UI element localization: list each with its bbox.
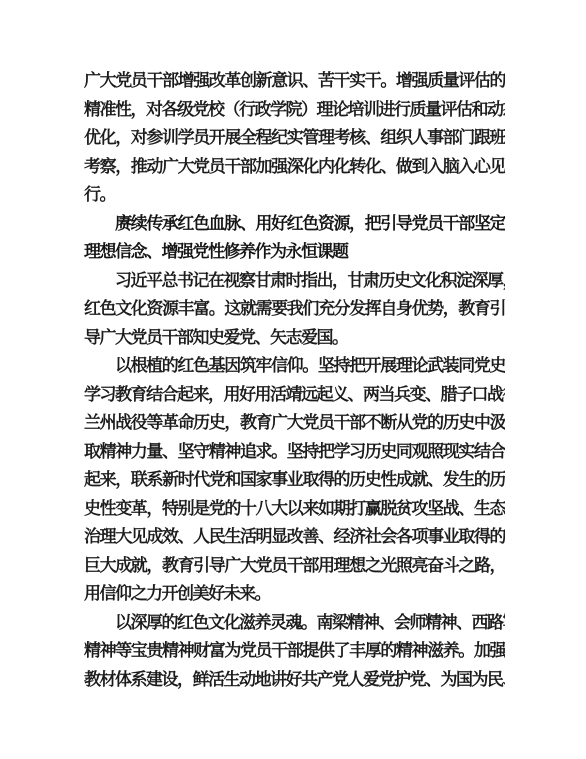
body-paragraph: 广大党员干部增强改革创新意识、苦干实干。增强质量评估的精准性，对各级党校（行政学… (84, 67, 505, 210)
text-line: 兰州战役等革命历史，教育广大党员干部不断从党的历史中汲 (84, 409, 505, 438)
section-heading: 赓续传承红色血脉、用好红色资源，把引导党员干部坚定理想信念、增强党性修养作为永恒… (84, 210, 505, 267)
text-line: 习近平总书记在视察甘肃时指出，甘肃历史文化积淀深厚， (84, 267, 505, 296)
text-line: 起来，联系新时代党和国家事业取得的历史性成就、发生的历 (84, 466, 505, 495)
text-line: 用信仰之力开创美好未来。 (84, 580, 505, 609)
text-line: 赓续传承红色血脉、用好红色资源，把引导党员干部坚定 (84, 210, 505, 239)
text-line: 理想信念、增强党性修养作为永恒课题 (84, 238, 505, 267)
text-line: 学习教育结合起来，用好用活靖远起义、两当兵变、腊子口战役、 (84, 381, 505, 410)
text-line: 取精神力量、坚守精神追求。坚持把学习历史同观照现实结合 (84, 438, 505, 467)
body-paragraph: 以根植的红色基因筑牢信仰。坚持把开展理论武装同党史学习教育结合起来，用好用活靖远… (84, 352, 505, 609)
document-page: 广大党员干部增强改革创新意识、苦干实干。增强质量评估的精准性，对各级党校（行政学… (0, 0, 586, 759)
text-line: 考察，推动广大党员干部加强深化内化转化、做到入脑入心见 (84, 153, 505, 182)
text-block: 广大党员干部增强改革创新意识、苦干实干。增强质量评估的精准性，对各级党校（行政学… (84, 67, 505, 694)
text-line: 巨大成就，教育引导广大党员干部用理想之光照亮奋斗之路， (84, 552, 505, 581)
text-line: 以根植的红色基因筑牢信仰。坚持把开展理论武装同党史 (84, 352, 505, 381)
text-line: 红色文化资源丰富。这就需要我们充分发挥自身优势，教育引 (84, 295, 505, 324)
text-line: 史性变革，特别是党的十八大以来如期打赢脱贫攻坚战、生态 (84, 495, 505, 524)
text-line: 精准性，对各级党校（行政学院）理论培训进行质量评估和动态 (84, 96, 505, 125)
text-line: 治理大见成效、人民生活明显改善、经济社会各项事业取得的 (84, 523, 505, 552)
text-line: 精神等宝贵精神财富为党员干部提供了丰厚的精神滋养。加强 (84, 637, 505, 666)
text-line: 教材体系建设，鲜活生动地讲好共产党人爱党护党、为国为民、 (84, 666, 505, 695)
text-line: 以深厚的红色文化滋养灵魂。南梁精神、会师精神、西路军 (84, 609, 505, 638)
text-line: 广大党员干部增强改革创新意识、苦干实干。增强质量评估的 (84, 67, 505, 96)
text-line: 导广大党员干部知史爱党、矢志爱国。 (84, 324, 505, 353)
text-line: 行。 (84, 181, 505, 210)
body-paragraph: 习近平总书记在视察甘肃时指出，甘肃历史文化积淀深厚，红色文化资源丰富。这就需要我… (84, 267, 505, 353)
body-paragraph: 以深厚的红色文化滋养灵魂。南梁精神、会师精神、西路军精神等宝贵精神财富为党员干部… (84, 609, 505, 695)
text-line: 优化，对参训学员开展全程纪实管理考核、组织人事部门跟班 (84, 124, 505, 153)
